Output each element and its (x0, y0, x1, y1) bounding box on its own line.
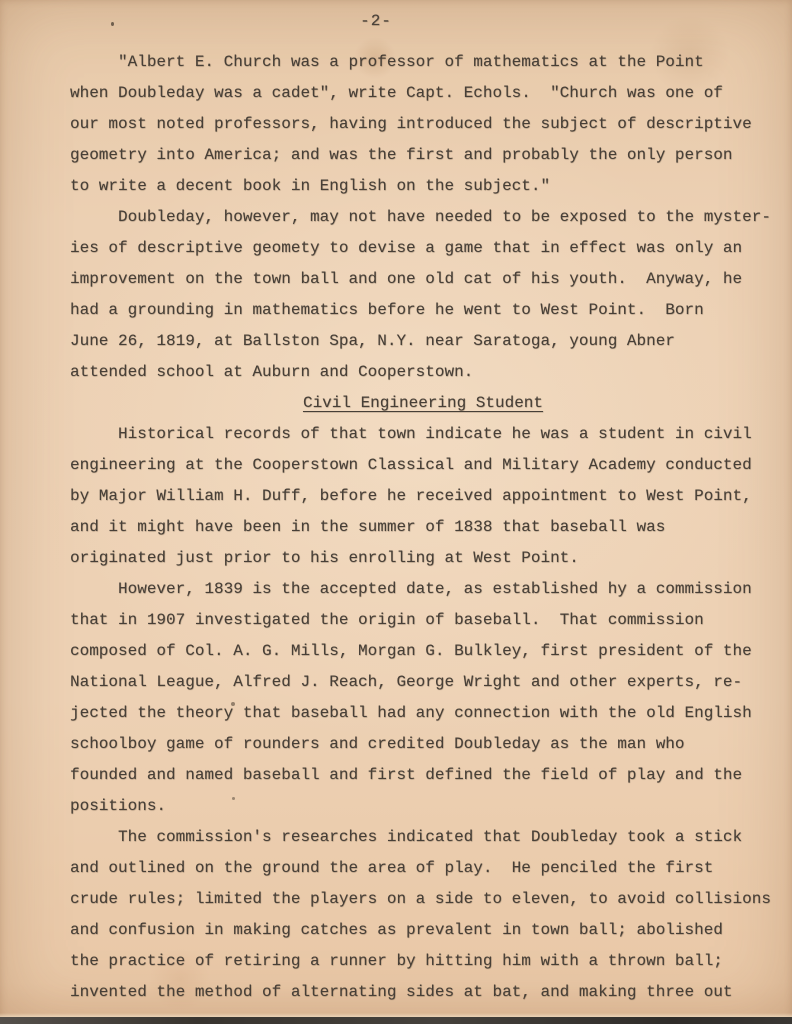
text-line: when Doubleday was a cadet", write Capt.… (70, 78, 776, 109)
ink-speck (111, 22, 114, 26)
page-number: -2- (0, 11, 752, 31)
text-line: ies of descriptive geomety to devise a g… (70, 233, 776, 264)
text-line: and outlined on the ground the area of p… (70, 853, 776, 884)
text-line: schoolboy game of rounders and credited … (70, 729, 776, 760)
text-line: invented the method of alternating sides… (70, 977, 776, 1008)
text-line: had a grounding in mathematics before he… (70, 295, 776, 326)
text-line: crude rules; limited the players on a si… (70, 884, 776, 915)
text-line: composed of Col. A. G. Mills, Morgan G. … (70, 636, 776, 667)
text-line: positions. (70, 791, 776, 822)
scanned-document-page: -2- "Albert E. Church was a professor of… (0, 0, 792, 1024)
document-body: "Albert E. Church was a professor of mat… (70, 47, 776, 1008)
text-line: Doubleday, however, may not have needed … (70, 202, 776, 233)
text-line: However, 1839 is the accepted date, as e… (70, 574, 776, 605)
text-line: that in 1907 investigated the origin of … (70, 605, 776, 636)
text-line: attended school at Auburn and Cooperstow… (70, 357, 776, 388)
text-line: The commission's researches indicated th… (70, 822, 776, 853)
section-heading: Civil Engineering Student (70, 388, 776, 419)
text-line: the practice of retiring a runner by hit… (70, 946, 776, 977)
scan-edge-shadow (0, 1017, 792, 1024)
text-line: to write a decent book in English on the… (70, 171, 776, 202)
text-line: "Albert E. Church was a professor of mat… (70, 47, 776, 78)
text-line: and confusion in making catches as preva… (70, 915, 776, 946)
text-line: Historical records of that town indicate… (70, 419, 776, 450)
text-line: geometry into America; and was the first… (70, 140, 776, 171)
text-line: improvement on the town ball and one old… (70, 264, 776, 295)
text-line: engineering at the Cooperstown Classical… (70, 450, 776, 481)
text-line: June 26, 1819, at Ballston Spa, N.Y. nea… (70, 326, 776, 357)
text-line: jected the theory that baseball had any … (70, 698, 776, 729)
text-line: originated just prior to his enrolling a… (70, 543, 776, 574)
text-line: and it might have been in the summer of … (70, 512, 776, 543)
text-line: by Major William H. Duff, before he rece… (70, 481, 776, 512)
text-line: founded and named baseball and first def… (70, 760, 776, 791)
text-line: our most noted professors, having introd… (70, 109, 776, 140)
text-line: National League, Alfred J. Reach, George… (70, 667, 776, 698)
